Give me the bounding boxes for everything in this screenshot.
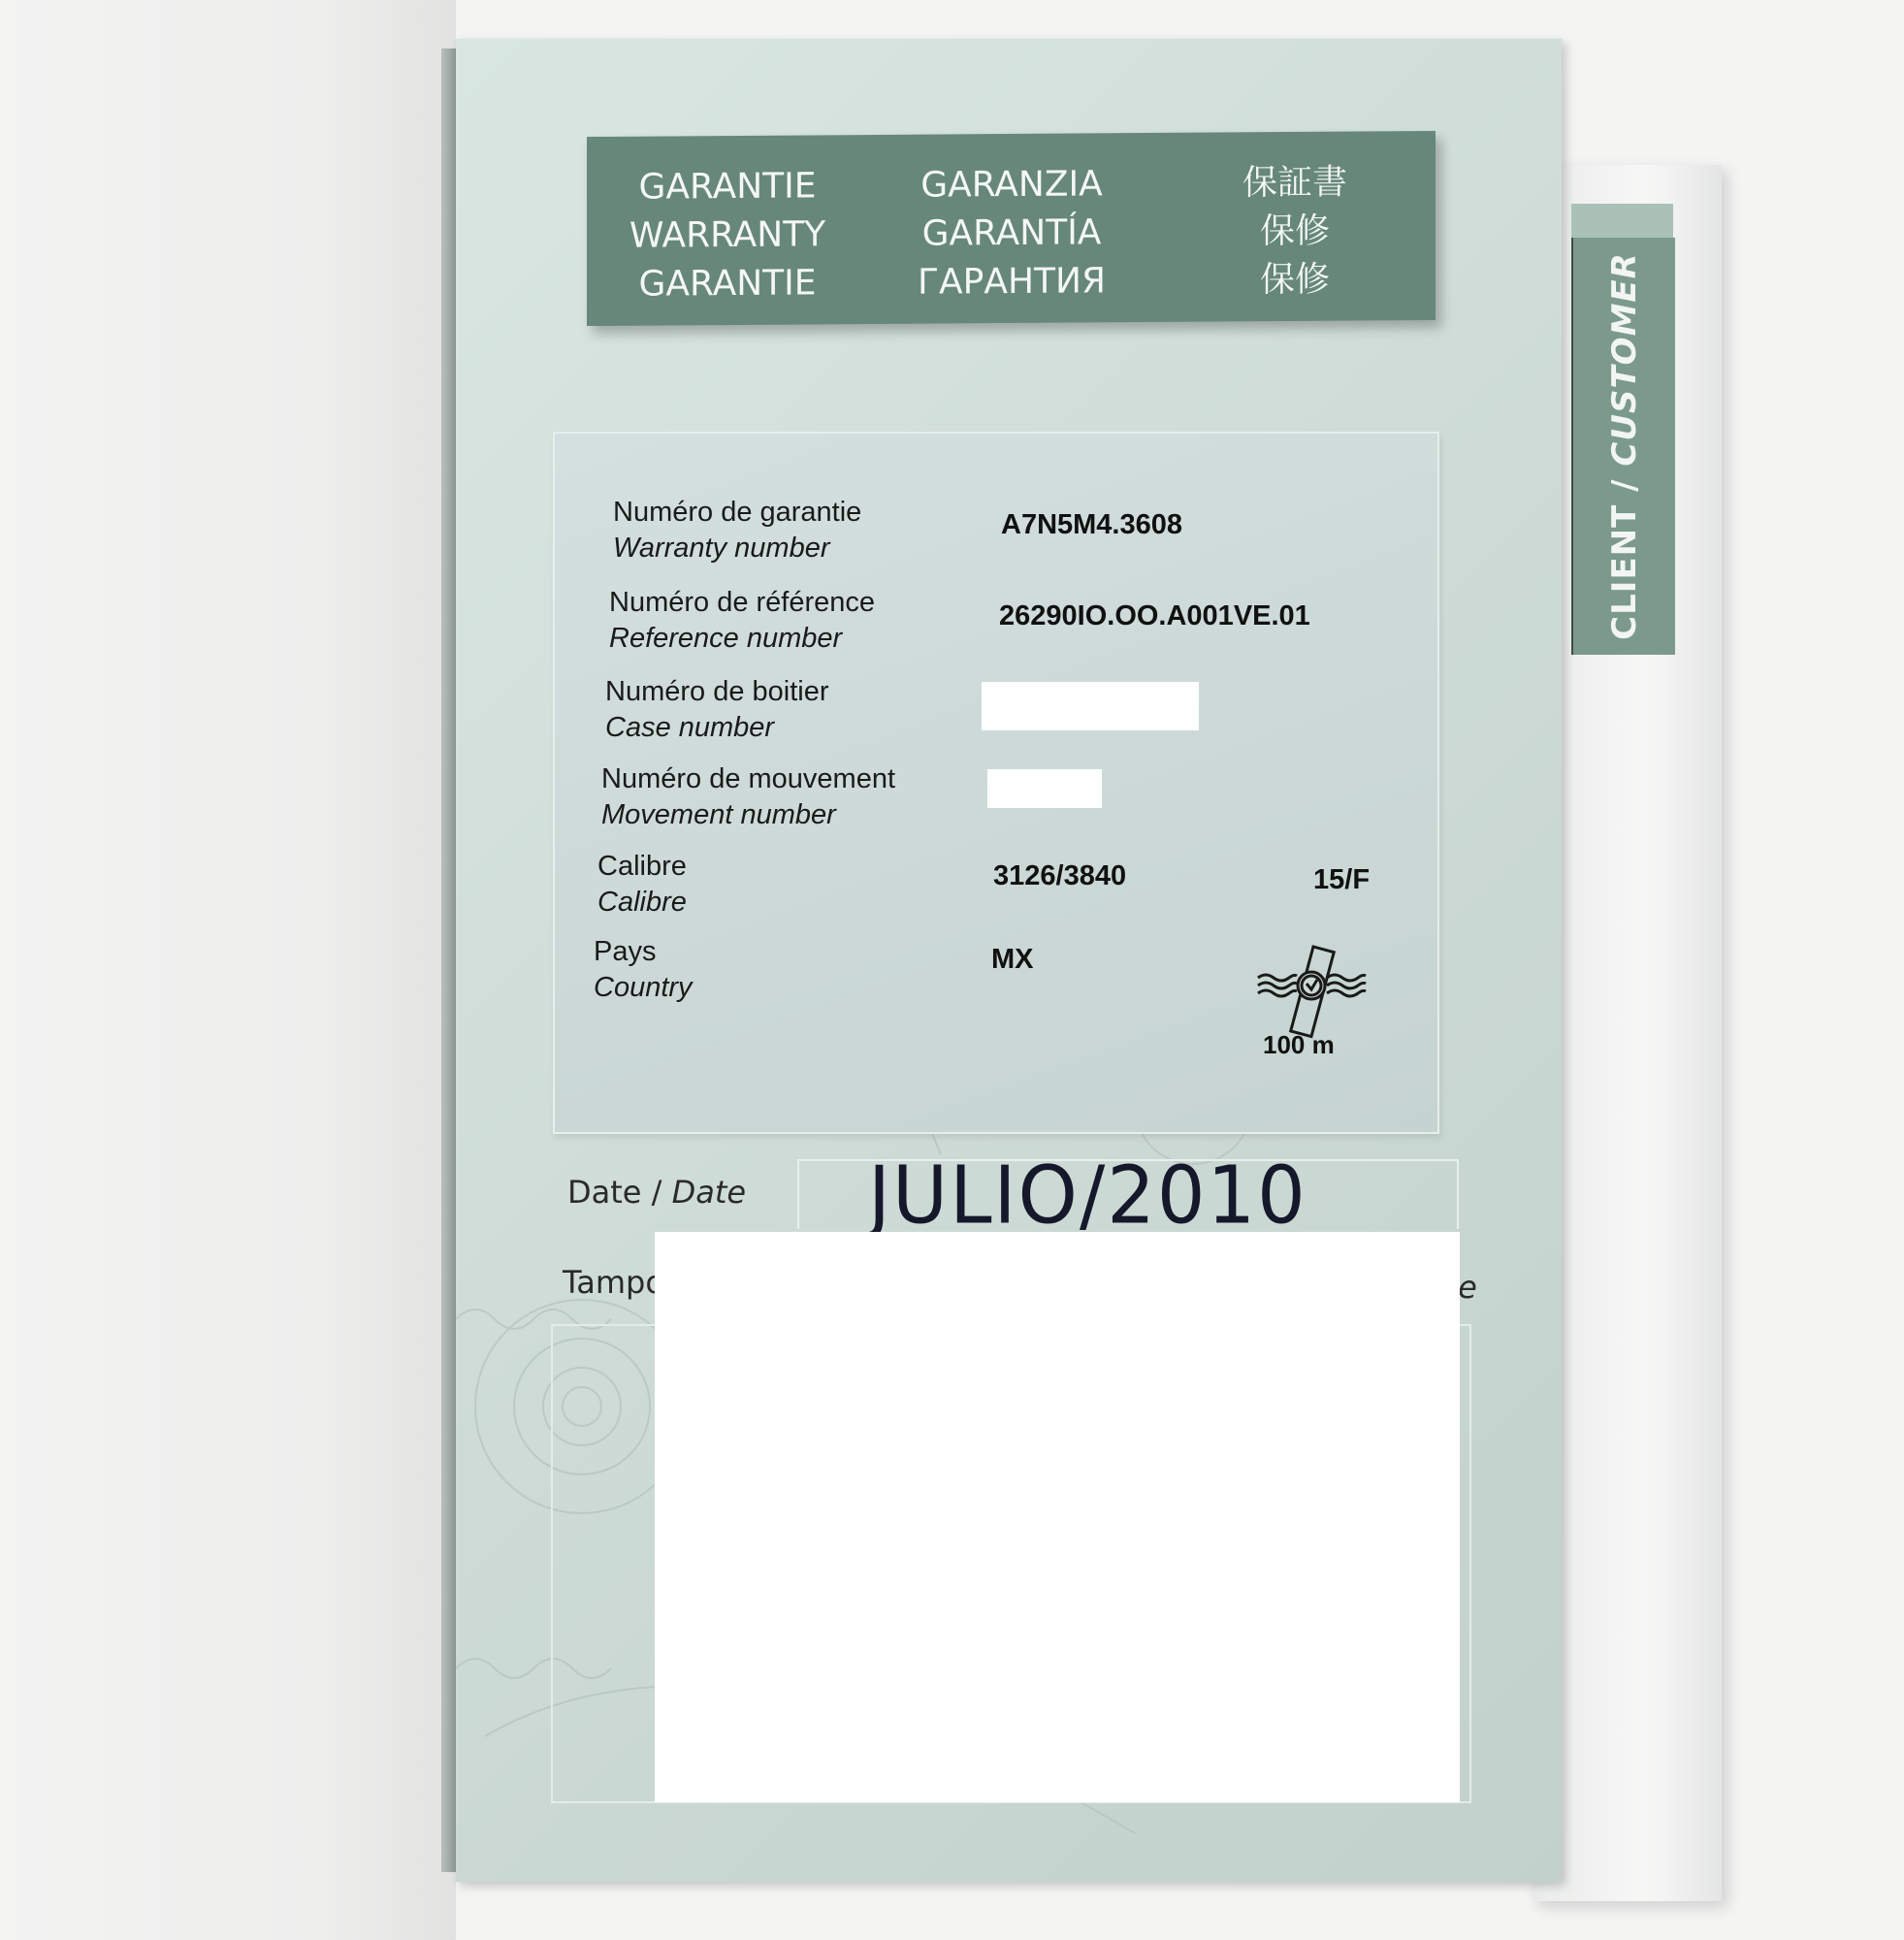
banner-column-1: GARANTIE WARRANTY GARANTIE bbox=[601, 162, 854, 309]
country-value: MX bbox=[991, 944, 1034, 976]
left-blank-page bbox=[0, 0, 456, 1940]
banner-column-2: GARANZIA GARANTÍA ГАРАНТИЯ bbox=[886, 160, 1138, 307]
reference-number-value: 26290IO.OO.A001VE.01 bbox=[999, 600, 1310, 632]
stamp-label-partial: Tampo bbox=[563, 1264, 664, 1301]
side-tab-top bbox=[1571, 204, 1673, 239]
case-number-redaction bbox=[982, 682, 1199, 730]
water-resistance-depth: 100 m bbox=[1263, 1030, 1335, 1060]
field-case-number: Numéro de boitier Case number bbox=[605, 676, 829, 744]
field-country: Pays Country bbox=[594, 936, 693, 1004]
water-resistant-watch-icon bbox=[1253, 943, 1370, 1040]
field-calibre: Calibre Calibre bbox=[597, 851, 687, 919]
handwritten-date: JULIO/2010 bbox=[868, 1150, 1307, 1243]
client-customer-tab[interactable]: CLIENT / CUSTOMER bbox=[1571, 238, 1675, 655]
field-reference-number: Numéro de référence Reference number bbox=[609, 587, 875, 655]
tab-label: CLIENT / CUSTOMER bbox=[1605, 252, 1644, 640]
movement-number-redaction bbox=[987, 769, 1102, 808]
warranty-title-banner: GARANTIE WARRANTY GARANTIE GARANZIA GARA… bbox=[587, 131, 1436, 326]
date-label: Date / Date bbox=[567, 1174, 746, 1211]
calibre-extra-value: 15/F bbox=[1313, 864, 1370, 896]
field-warranty-number: Numéro de garantie Warranty number bbox=[613, 497, 861, 565]
warranty-number-value: A7N5M4.3608 bbox=[1001, 509, 1182, 541]
calibre-value: 3126/3840 bbox=[993, 860, 1126, 892]
banner-column-3: 保証書 保修 保修 bbox=[1169, 158, 1421, 306]
warranty-details-card: Numéro de garantie Warranty number A7N5M… bbox=[553, 432, 1439, 1134]
field-movement-number: Numéro de mouvement Movement number bbox=[601, 763, 895, 831]
stamp-redaction bbox=[655, 1232, 1460, 1802]
